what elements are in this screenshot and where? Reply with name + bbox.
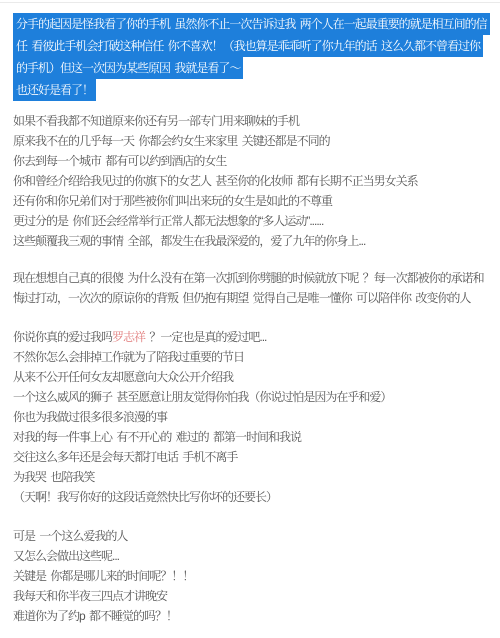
selected-text: 也还好是看了！ bbox=[13, 79, 96, 101]
text-post-page: 分手的起因是怪我看了你的手机 虽然你不止一次告诉过我 两个人在一起最重要的就是相… bbox=[0, 0, 500, 638]
text-line: 不然你怎么会排掉工作就为了陪我过重要的节日 bbox=[13, 347, 487, 367]
text-line: 你去到每一个城市 都有可以约到酒店的女生 bbox=[13, 151, 487, 171]
paragraph-regret: 现在想想自己真的很傻 为什么没有在第一次抓到你劈腿的时候就放下呢 ？每一次都被你… bbox=[13, 268, 487, 308]
text-line: 你也为我做过很多很多浪漫的事 bbox=[13, 407, 487, 427]
text-line: 你和曾经介绍给我见过的你旗下的女艺人 甚至你的化妆师 都有长期不正当男女关系 bbox=[13, 171, 487, 191]
text-line: 难道你为了约p 都不睡觉的吗？！ bbox=[13, 606, 487, 626]
post-body: 分手的起因是怪我看了你的手机 虽然你不止一次告诉过我 两个人在一起最重要的就是相… bbox=[0, 0, 500, 626]
selected-text-line: 分手的起因是怪我看了你的手机 虽然你不止一次告诉过我 两个人在一起最重要的就是相… bbox=[13, 13, 487, 35]
text-line: 现在想想自己真的很傻 为什么没有在第一次抓到你劈腿的时候就放下呢 ？每一次都被你… bbox=[13, 268, 487, 288]
text-segment: 你说你真的爱过我吗 bbox=[13, 330, 112, 344]
text-line: 一个这么威风的狮子 甚至愿意让朋友觉得你怕我（你说过怕是因为在乎和爱） bbox=[13, 387, 487, 407]
text-line: 交往这么多年还是会每天都打电话 手机不离手 bbox=[13, 447, 487, 467]
text-line: 还有你和你兄弟们对于那些被你们叫出来玩的女生是如此的不尊重 bbox=[13, 191, 487, 211]
selected-text: 任 看彼此手机会打破这种信任 你不喜欢！（我也算是乖乖听了你九年的话 这么久都不… bbox=[13, 35, 483, 57]
text-line: 我每天和你半夜三四点才讲晚安 bbox=[13, 586, 487, 606]
selected-text: 分手的起因是怪我看了你的手机 虽然你不止一次告诉过我 两个人在一起最重要的就是相… bbox=[13, 13, 490, 35]
text-line: （天啊！我写你好的这段话竟然快比写你坏的还要长） bbox=[13, 487, 487, 507]
text-line: 这些颠覆我三观的事情 全部，都发生在我最深爱的，爱了九年的你身上... bbox=[13, 231, 487, 251]
selected-text-line: 的手机）但这一次因为某些原因 我就是看了～ bbox=[13, 57, 487, 79]
text-line: 从来不公开任何女友却愿意向大众公开介绍我 bbox=[13, 367, 487, 387]
text-line-love-question: 你说你真的爱过我吗罗志祥 ？一定也是真的爱过吧... bbox=[13, 327, 487, 347]
text-line: 如果不看我都不知道原来你还有另一部专门用来聊妹的手机 bbox=[13, 111, 487, 131]
paragraph-love-proof: 你说你真的爱过我吗罗志祥 ？一定也是真的爱过吧... 不然你怎么会排掉工作就为了… bbox=[13, 327, 487, 507]
text-line: 对我的每一件事上心 有不开心的 难过的 都第一时间和我说 bbox=[13, 427, 487, 447]
text-line: 悔过打动，一次次的原谅你的背叛 但仍抱有期望 觉得自己是唯一懂你 可以陪伴你 改… bbox=[13, 288, 487, 308]
text-line: 更过分的是 你们还会经常举行正常人都无法想象的“多人运动”...... bbox=[13, 211, 487, 231]
person-name-highlight: 罗志祥 bbox=[112, 330, 145, 344]
text-line: 原来我不在的几乎每一天 你都会约女生来家里 关键还都是不同的 bbox=[13, 131, 487, 151]
text-line: 可是 一个这么爱我的人 bbox=[13, 526, 487, 546]
highlighted-paragraph: 分手的起因是怪我看了你的手机 虽然你不止一次告诉过我 两个人在一起最重要的就是相… bbox=[13, 13, 487, 101]
text-line: 关键是 你都是哪儿来的时间呢？！！ bbox=[13, 566, 487, 586]
text-line: 为我哭 也陪我笑 bbox=[13, 467, 487, 487]
top-divider bbox=[0, 2, 500, 3]
selected-text-line: 任 看彼此手机会打破这种信任 你不喜欢！（我也算是乖乖听了你九年的话 这么久都不… bbox=[13, 35, 487, 57]
paragraph-questions: 可是 一个这么爱我的人 又怎么会做出这些呢... 关键是 你都是哪儿来的时间呢？… bbox=[13, 526, 487, 626]
text-segment: ？一定也是真的爱过吧... bbox=[145, 330, 266, 344]
text-line: 又怎么会做出这些呢... bbox=[13, 546, 487, 566]
paragraph-betrayals: 如果不看我都不知道原来你还有另一部专门用来聊妹的手机 原来我不在的几乎每一天 你… bbox=[13, 111, 487, 251]
selected-text: 的手机）但这一次因为某些原因 我就是看了～ bbox=[13, 57, 243, 79]
selected-text-line: 也还好是看了！ bbox=[13, 79, 487, 101]
